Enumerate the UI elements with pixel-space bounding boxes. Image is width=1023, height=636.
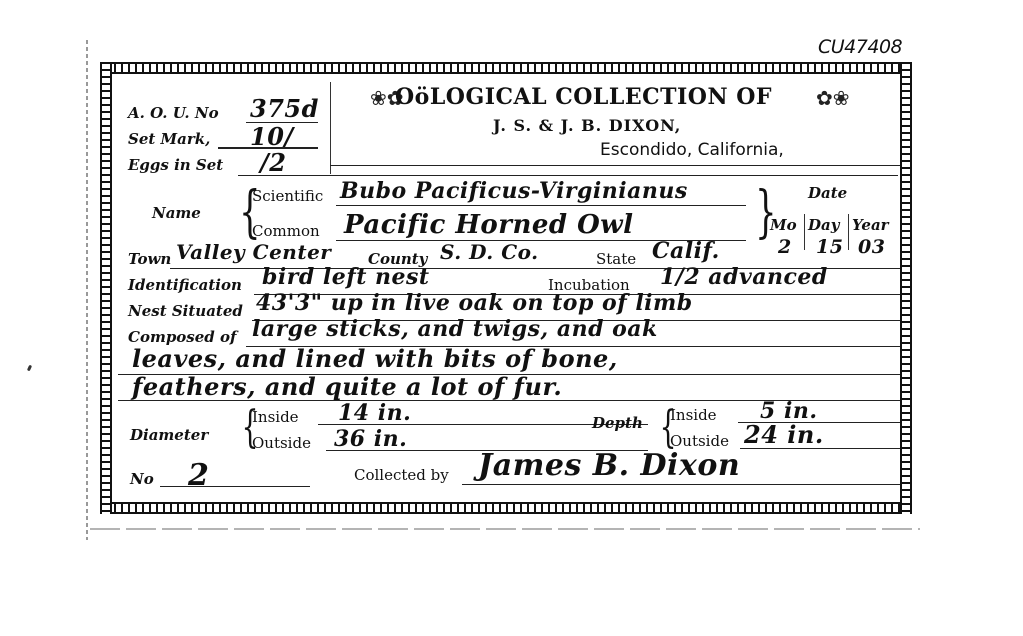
date-col-day: Day [808,216,839,234]
state-label: State [596,250,636,268]
date-mo-value: 2 [778,236,792,258]
depth-outside-value: 24 in. [744,420,824,449]
county-value: S. D. Co. [440,240,539,264]
name-label: Name [152,204,201,222]
date-label: Date [808,184,847,202]
no-value: 2 [188,458,209,493]
incubation-value: 1/2 advanced [660,264,828,290]
composed-of-line-2: leaves, and lined with bits of bone, [132,344,618,373]
town-label: Town [128,250,171,268]
scientific-name-value: Bubo Pacificus-Virginianus [340,178,688,204]
depth-label: Depth [592,414,643,432]
diameter-label: Diameter [130,426,208,444]
date-divider [848,214,849,250]
collected-by-signature: James B. Dixon [478,448,740,483]
stray-mark [27,365,32,372]
identification-label: Identification [128,276,242,294]
date-col-mo: Mo [770,216,797,234]
flower-ornament-right-icon: ✿❀ [816,86,850,110]
scientific-label: Scientific [252,187,323,205]
collectors-name: J. S. & J. B. DIXON, [493,116,681,135]
nest-situated-value: 43'3" up in live oak on top of limb [256,290,693,316]
diameter-inside-value: 14 in. [338,400,411,426]
town-value: Valley Center [176,240,331,264]
date-col-year: Year [852,216,889,234]
scientific-rule [336,205,746,206]
date-divider [804,214,805,250]
collected-by-label: Collected by [354,466,449,484]
composed-of-line-1: large sticks, and twigs, and oak [252,316,658,342]
greek-key-border-right [900,62,912,514]
greek-key-border-bottom [100,502,912,514]
collected-by-rule [462,484,900,485]
diameter-outside-label: Outside [252,434,311,452]
depth-inside-label: Inside [670,406,717,424]
depth-outside-rule [740,448,900,449]
header-divider [330,82,331,174]
location: Escondido, California, [600,140,784,160]
date-year-value: 03 [858,236,885,258]
name-brace-right: } [755,180,776,245]
composed-of-line-3: feathers, and quite a lot of fur. [132,372,562,401]
aou-label: A. O. U. No [128,104,219,122]
diameter-inside-label: Inside [252,408,299,426]
diameter-outside-value: 36 in. [334,426,407,452]
common-name-value: Pacific Horned Owl [344,210,634,240]
eggs-in-set-value: /2 [260,148,286,177]
greek-key-border-left [100,62,112,514]
no-rule [160,486,310,487]
greek-key-border-top [100,62,912,74]
eggs-in-set-label: Eggs in Set [128,156,223,174]
card-title: OöLOGICAL COLLECTION OF [395,84,772,110]
state-value: Calif. [652,238,720,264]
nest-situated-label: Nest Situated [128,302,243,320]
aou-value: 375d [250,94,319,123]
header-rule [330,165,900,166]
date-day-value: 15 [816,236,843,258]
scan-edge-bottom [90,528,920,530]
scan-edge-left [86,40,88,540]
set-mark-label: Set Mark, [128,130,210,148]
no-label: No [130,470,154,488]
common-label: Common [252,222,320,240]
catalog-number: CU47408 [818,36,902,58]
identification-value: bird left nest [262,264,430,290]
eggs-rule [238,175,898,176]
